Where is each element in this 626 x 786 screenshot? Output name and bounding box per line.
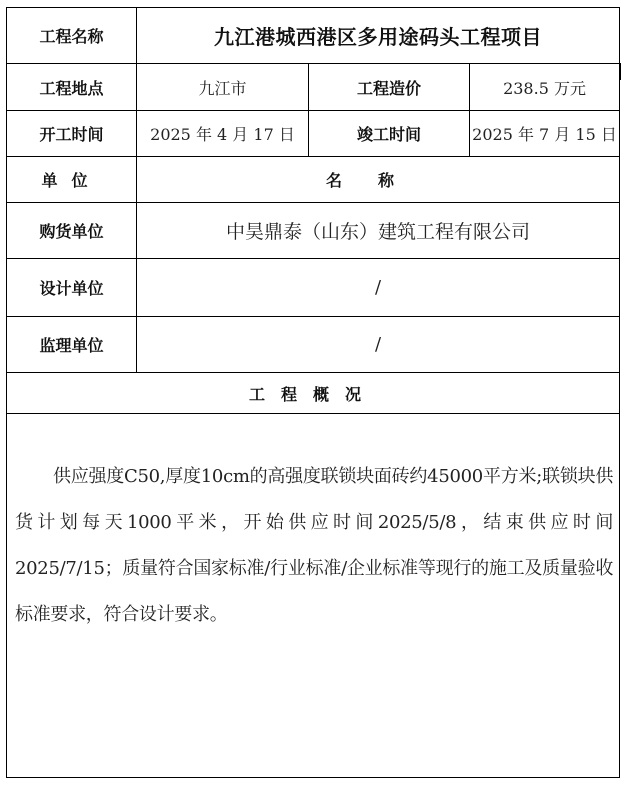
- row-dates: 开工时间 2025 年 4 月 17 日 竣工时间 2025 年 7 月 15 …: [7, 111, 620, 157]
- overview-heading: 工程概况: [7, 373, 620, 414]
- name-column-header: 名称: [137, 157, 620, 203]
- row-project-name: 工程名称 九江港城西港区多用途码头工程项目: [7, 8, 620, 64]
- overview-text: 供应强度C50,厚度10cm的高强度联锁块面砖约45000平方米;联锁块供货计划…: [7, 414, 619, 638]
- purchaser-label: 购货单位: [7, 203, 137, 259]
- supervisor-value: /: [137, 317, 620, 373]
- row-supervisor: 监理单位 /: [7, 317, 620, 373]
- purchaser-value: 中昊鼎泰（山东）建筑工程有限公司: [137, 203, 620, 259]
- row-overview-heading: 工程概况: [7, 373, 620, 414]
- name-header-text: 名称: [326, 171, 430, 190]
- completion-date-label: 竣工时间: [309, 111, 470, 157]
- completion-date-value: 2025 年 7 月 15 日: [470, 111, 620, 157]
- project-cost-label: 工程造价: [309, 64, 470, 111]
- row-units-header: 单位 名称: [7, 157, 620, 203]
- project-location-label: 工程地点: [7, 64, 137, 111]
- overview-body-cell: 供应强度C50,厚度10cm的高强度联锁块面砖约45000平方米;联锁块供货计划…: [7, 414, 620, 778]
- overview-heading-text: 工程概况: [249, 385, 377, 404]
- unit-header-text: 单位: [41, 171, 101, 190]
- row-location-cost: 工程地点 九江市 工程造价 238.5 万元: [7, 64, 620, 111]
- project-name-value: 九江港城西港区多用途码头工程项目: [137, 8, 620, 64]
- start-date-value: 2025 年 4 月 17 日: [137, 111, 309, 157]
- designer-value: /: [137, 259, 620, 317]
- supervisor-label: 监理单位: [7, 317, 137, 373]
- margin-mark: [619, 63, 621, 80]
- row-designer: 设计单位 /: [7, 259, 620, 317]
- row-purchaser: 购货单位 中昊鼎泰（山东）建筑工程有限公司: [7, 203, 620, 259]
- row-overview-body: 供应强度C50,厚度10cm的高强度联锁块面砖约45000平方米;联锁块供货计划…: [7, 414, 620, 778]
- unit-column-header: 单位: [7, 157, 137, 203]
- designer-label: 设计单位: [7, 259, 137, 317]
- project-info-form: 工程名称 九江港城西港区多用途码头工程项目 工程地点 九江市 工程造价 238.…: [6, 7, 620, 778]
- project-name-label: 工程名称: [7, 8, 137, 64]
- project-cost-value: 238.5 万元: [470, 64, 620, 111]
- start-date-label: 开工时间: [7, 111, 137, 157]
- project-location-value: 九江市: [137, 64, 309, 111]
